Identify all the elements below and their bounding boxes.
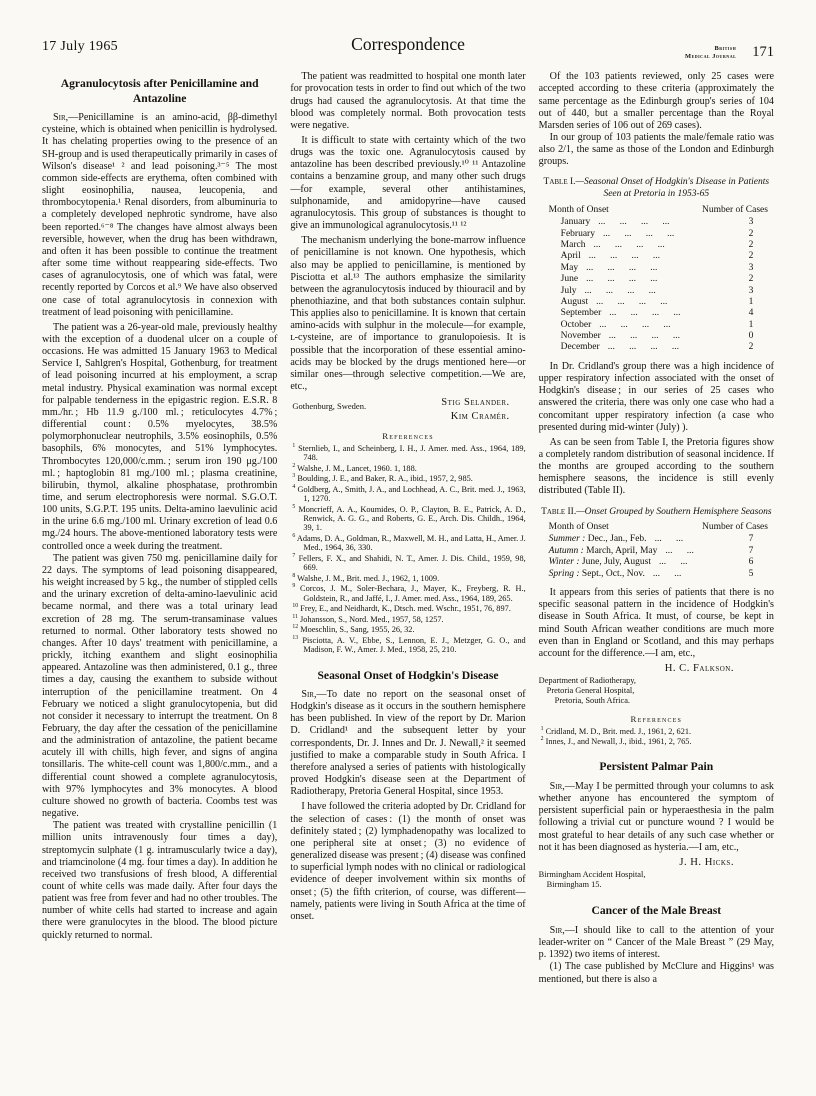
table1-month: March bbox=[549, 240, 586, 251]
table1-col1-header: Month of Onset bbox=[549, 205, 609, 215]
letter1-paragraph-7: The mechanism underlying the bone-marrow… bbox=[290, 235, 525, 393]
table-row: January... ... ... ...3 bbox=[549, 217, 768, 228]
table1-cases: 0 bbox=[734, 331, 768, 342]
table1-cases: 2 bbox=[734, 251, 768, 262]
reference-item: 7 Fellers, F. X., and Shahidi, N. T., Am… bbox=[292, 553, 525, 573]
reference-text: Sternlieb, I., and Scheinberg, I. H., J.… bbox=[298, 444, 526, 463]
table-row: September... ... ... ...4 bbox=[549, 308, 768, 319]
table2-caption-text: —Onset Grouped by Southern Hemisphere Se… bbox=[576, 507, 771, 517]
reference-item: 13 Pisciotta, A. V., Ebbe, S., Lennon, E… bbox=[292, 635, 525, 655]
reference-number: 9 bbox=[292, 583, 295, 589]
letter1-title: Agranulocytosis after Penicillamine and … bbox=[56, 77, 263, 106]
address-line: Pretoria, South Africa. bbox=[539, 696, 774, 706]
table2-season: Winter : bbox=[549, 557, 580, 568]
reference-text: Walshe, J. M., Lancet, 1960. 1, 188. bbox=[297, 464, 417, 473]
letter2-references-heading: References bbox=[539, 714, 774, 724]
dot-leader: ... ... ... ... bbox=[591, 320, 734, 331]
reference-number: 6 bbox=[292, 533, 295, 539]
letter4-paragraph-2: (1) The case published by McClure and Hi… bbox=[539, 961, 774, 985]
table2: Month of Onset Number of Cases Summer : … bbox=[549, 522, 768, 580]
reference-item: 2 Walshe, J. M., Lancet, 1960. 1, 188. bbox=[292, 463, 525, 473]
reference-text: Cridland, M. D., Brit. med. J., 1961, 2,… bbox=[546, 726, 691, 735]
table1-cases: 1 bbox=[734, 297, 768, 308]
letter1-paragraph-6: It is difficult to state with certainty … bbox=[290, 135, 525, 232]
table1-month: September bbox=[549, 308, 602, 319]
address-line: Birmingham Accident Hospital, bbox=[539, 870, 774, 880]
table2-col1-header: Month of Onset bbox=[549, 522, 609, 532]
reference-item: 8 Walshe, J. M., Brit. med. J., 1962, 1,… bbox=[292, 573, 525, 583]
reference-number: 1 bbox=[541, 726, 544, 732]
journal-name-line1: British bbox=[714, 45, 736, 52]
letter1-paragraph-3: The patient was given 750 mg. penicillam… bbox=[42, 553, 277, 820]
table2-season: Spring : bbox=[549, 569, 580, 580]
reference-number: 8 bbox=[292, 573, 295, 579]
reference-text: Moncrieff, A. A., Koumides, O. P., Clayt… bbox=[298, 504, 525, 532]
column-2: The patient was readmitted to hospital o… bbox=[290, 71, 525, 923]
table2-season: Autumn : bbox=[549, 546, 584, 557]
letter2-address: Department of Radiotherapy, Pretoria Gen… bbox=[539, 676, 774, 707]
salutation: Sir, bbox=[301, 689, 316, 700]
table1-month: May bbox=[549, 263, 578, 274]
reference-number: 5 bbox=[292, 504, 295, 510]
reference-number: 1 bbox=[292, 443, 295, 449]
table2-months: Dec., Jan., Feb. bbox=[588, 534, 647, 545]
table1-header: Month of Onset Number of Cases bbox=[549, 205, 768, 215]
table1-cases: 3 bbox=[734, 286, 768, 297]
reference-item: 6 Adams, D. A., Goldman, R., Maxwell, M.… bbox=[292, 533, 525, 553]
dot-leader: ... ... ... ... bbox=[601, 331, 734, 342]
table1-month: August bbox=[549, 297, 588, 308]
letter3-paragraph-1-text: —May I be permitted through your columns… bbox=[539, 781, 774, 853]
reference-number: 12 bbox=[292, 624, 298, 630]
table2-col2-header: Number of Cases bbox=[702, 522, 768, 532]
letter2-title: Seasonal Onset of Hodgkin's Disease bbox=[304, 669, 511, 683]
reference-text: Walshe, J. M., Brit. med. J., 1962, 1, 1… bbox=[297, 574, 439, 583]
table1-month: October bbox=[549, 320, 592, 331]
table1-cases: 2 bbox=[734, 274, 768, 285]
salutation: Sir, bbox=[550, 925, 565, 936]
letter1-paragraph-2: The patient was a 26-year-old male, prev… bbox=[42, 322, 277, 553]
letter1-paragraph-1: Sir,—Penicillamine is an amino-acid, ββ-… bbox=[42, 112, 277, 319]
reference-number: 11 bbox=[292, 614, 298, 620]
letter3-address: Birmingham Accident Hospital, Birmingham… bbox=[539, 870, 774, 891]
table2-cases: 6 bbox=[734, 557, 768, 568]
page-number: 171 bbox=[752, 44, 774, 61]
table1-month: February bbox=[549, 229, 595, 240]
table1-cases: 1 bbox=[734, 320, 768, 331]
journal-name: British Medical Journal bbox=[685, 45, 736, 60]
letter1-signature-place: Gothenburg, Sweden. bbox=[292, 396, 366, 411]
table2-cases: 7 bbox=[734, 534, 768, 545]
table1-cases: 2 bbox=[734, 240, 768, 251]
reference-text: Frey, E., and Neidhardt, K., Dtsch. med.… bbox=[300, 604, 511, 613]
table1-month: April bbox=[549, 251, 581, 262]
table2-caption: Table II.—Onset Grouped by Southern Hemi… bbox=[541, 507, 772, 519]
reference-item: 3 Boulding, J. E., and Baker, R. A., ibi… bbox=[292, 473, 525, 483]
table1-caption-text: —Seasonal Onset of Hodgkin's Disease in … bbox=[576, 177, 770, 199]
dot-leader: ... ... ... ... bbox=[581, 251, 734, 262]
reference-item: 10 Frey, E., and Neidhardt, K., Dtsch. m… bbox=[292, 603, 525, 613]
table1-month: November bbox=[549, 331, 601, 342]
reference-item: 11 Johansson, S., Nord. Med., 1957, 58, … bbox=[292, 614, 525, 624]
page-header: 17 July 1965 Correspondence British Medi… bbox=[0, 0, 816, 61]
table-row: April... ... ... ...2 bbox=[549, 251, 768, 262]
letter4-title: Cancer of the Male Breast bbox=[553, 904, 760, 918]
table-row: Autumn : March, April, May... ...7 bbox=[549, 546, 768, 557]
table2-cases: 7 bbox=[734, 546, 768, 557]
table-row: February... ... ... ...2 bbox=[549, 229, 768, 240]
letter2-paragraph-1: Sir,—To date no report on the seasonal o… bbox=[290, 689, 525, 798]
letter1-references-heading: References bbox=[290, 431, 525, 441]
dot-leader: ... ... ... ... bbox=[590, 217, 734, 228]
dot-leader: ... ... ... ... bbox=[578, 263, 734, 274]
letter4-paragraph-1: Sir,—I should like to call to the attent… bbox=[539, 925, 774, 961]
letter2-signature: H. C. Falkson. bbox=[539, 663, 774, 674]
dot-leader: ... ... ... ... bbox=[601, 308, 734, 319]
table2-caption-label: Table II. bbox=[541, 507, 576, 517]
dot-leader: ... ... bbox=[645, 569, 734, 580]
letter2-paragraph-1-text: —To date no report on the seasonal onset… bbox=[290, 689, 525, 797]
reference-text: Johansson, S., Nord. Med., 1957, 58, 125… bbox=[300, 615, 444, 624]
dot-leader: ... ... ... ... bbox=[600, 342, 734, 353]
table-row: Spring : Sept., Oct., Nov.... ...5 bbox=[549, 569, 768, 580]
reference-text: Fellers, F. X., and Shahidi, N. T., Amer… bbox=[299, 554, 526, 573]
table-row: November... ... ... ...0 bbox=[549, 331, 768, 342]
letter1-signature-names: Stig Selander. Kim Cramér. bbox=[441, 396, 521, 424]
three-column-layout: Agranulocytosis after Penicillamine and … bbox=[0, 61, 816, 985]
table-row: October... ... ... ...1 bbox=[549, 320, 768, 331]
table-row: December... ... ... ...2 bbox=[549, 342, 768, 353]
letter1-signature-block: Gothenburg, Sweden. Stig Selander. Kim C… bbox=[292, 396, 521, 424]
address-line: Pretoria General Hospital, bbox=[539, 686, 774, 696]
dot-leader: ... ... ... ... bbox=[577, 286, 734, 297]
reference-number: 13 bbox=[292, 635, 298, 641]
reference-number: 3 bbox=[292, 473, 295, 479]
letter1-signer-2: Kim Cramér. bbox=[451, 411, 510, 422]
table1-cases: 4 bbox=[734, 308, 768, 319]
dot-leader: ... ... ... ... bbox=[595, 229, 734, 240]
reference-number: 7 bbox=[292, 553, 295, 559]
dot-leader: ... ... ... ... bbox=[588, 297, 734, 308]
journal-name-line2: Medical Journal bbox=[685, 53, 736, 60]
table-row: June... ... ... ...2 bbox=[549, 274, 768, 285]
table1-cases: 3 bbox=[734, 217, 768, 228]
address-line: Department of Radiotherapy, bbox=[539, 676, 774, 686]
table-row: Winter : June, July, August... ...6 bbox=[549, 557, 768, 568]
reference-number: 10 bbox=[292, 603, 298, 609]
letter1-signer-1: Stig Selander. bbox=[441, 397, 509, 408]
table1-caption: Table I.—Seasonal Onset of Hodgkin's Dis… bbox=[541, 177, 772, 201]
letter1-paragraph-1-text: —Penicillamine is an amino-acid, ββ-dime… bbox=[42, 112, 277, 318]
header-right: British Medical Journal 171 bbox=[604, 44, 774, 61]
reference-item: 12 Moeschlin, S., Sang, 1955, 26, 32. bbox=[292, 624, 525, 634]
address-line: Birmingham 15. bbox=[539, 880, 774, 890]
issue-date: 17 July 1965 bbox=[42, 39, 212, 55]
table2-cases: 5 bbox=[734, 569, 768, 580]
journal-page: 17 July 1965 Correspondence British Medi… bbox=[0, 0, 816, 1096]
table-row: August... ... ... ...1 bbox=[549, 297, 768, 308]
table2-months: June, July, August bbox=[582, 557, 651, 568]
dot-leader: ... ... bbox=[657, 546, 734, 557]
dot-leader: ... ... ... ... bbox=[578, 274, 734, 285]
table-row: Summer : Dec., Jan., Feb.... ...7 bbox=[549, 534, 768, 545]
reference-text: Moeschlin, S., Sang, 1955, 26, 32. bbox=[300, 625, 414, 634]
letter1-paragraph-5: The patient was readmitted to hospital o… bbox=[290, 71, 525, 132]
reference-number: 4 bbox=[292, 484, 295, 490]
table1-caption-label: Table I. bbox=[544, 177, 576, 187]
reference-item: 1 Sternlieb, I., and Scheinberg, I. H., … bbox=[292, 443, 525, 463]
table1-cases: 3 bbox=[734, 263, 768, 274]
letter2-paragraph-4: In our group of 103 patients the male/fe… bbox=[539, 132, 774, 168]
reference-text: Goldberg, A., Smith, J. A., and Lochhead… bbox=[297, 484, 525, 503]
letter3-title: Persistent Palmar Pain bbox=[553, 760, 760, 774]
dot-leader: ... ... bbox=[651, 557, 734, 568]
reference-text: Corcos, J. M., Soler-Bechara, J., Mayer,… bbox=[300, 584, 526, 603]
letter1-references-list: 1 Sternlieb, I., and Scheinberg, I. H., … bbox=[290, 443, 525, 655]
table1-cases: 2 bbox=[734, 342, 768, 353]
reference-item: 9 Corcos, J. M., Soler-Bechara, J., Maye… bbox=[292, 583, 525, 603]
table-row: May... ... ... ...3 bbox=[549, 263, 768, 274]
letter3-signature: J. H. Hicks. bbox=[539, 857, 774, 868]
letter4-paragraph-1-text: —I should like to call to the attention … bbox=[539, 925, 774, 960]
reference-item: 4 Goldberg, A., Smith, J. A., and Lochhe… bbox=[292, 484, 525, 504]
reference-text: Pisciotta, A. V., Ebbe, S., Lennon, E. J… bbox=[302, 635, 525, 654]
column-1: Agranulocytosis after Penicillamine and … bbox=[42, 71, 277, 942]
table-row: March... ... ... ...2 bbox=[549, 240, 768, 251]
table2-months: March, April, May bbox=[586, 546, 657, 557]
reference-number: 2 bbox=[292, 463, 295, 469]
table1-col2-header: Number of Cases bbox=[702, 205, 768, 215]
letter2-paragraph-5: In Dr. Cridland's group there was a high… bbox=[539, 361, 774, 434]
dot-leader: ... ... ... ... bbox=[585, 240, 734, 251]
dot-leader: ... ... bbox=[647, 534, 734, 545]
reference-number: 2 bbox=[541, 736, 544, 742]
reference-text: Boulding, J. E., and Baker, R. A., ibid.… bbox=[297, 474, 473, 483]
letter2-paragraph-6: As can be seen from Table I, the Pretori… bbox=[539, 437, 774, 498]
table1: Month of Onset Number of Cases January..… bbox=[549, 205, 768, 354]
salutation: Sir, bbox=[53, 112, 68, 123]
table-row: July... ... ... ...3 bbox=[549, 286, 768, 297]
table1-cases: 2 bbox=[734, 229, 768, 240]
letter2-paragraph-3: Of the 103 patients reviewed, only 25 ca… bbox=[539, 71, 774, 132]
letter3-paragraph-1: Sir,—May I be permitted through your col… bbox=[539, 781, 774, 854]
column-3: Of the 103 patients reviewed, only 25 ca… bbox=[539, 71, 774, 985]
salutation: Sir, bbox=[550, 781, 565, 792]
letter1-paragraph-4: The patient was treated with crystalline… bbox=[42, 820, 277, 942]
section-title: Correspondence bbox=[212, 34, 604, 55]
reference-text: Innes, J., and Newall, J., ibid., 1961, … bbox=[546, 737, 692, 746]
table1-month: January bbox=[549, 217, 591, 228]
letter2-references-list: 1 Cridland, M. D., Brit. med. J., 1961, … bbox=[539, 726, 774, 747]
table2-months: Sept., Oct., Nov. bbox=[582, 569, 645, 580]
reference-item: 5 Moncrieff, A. A., Koumides, O. P., Cla… bbox=[292, 504, 525, 534]
letter2-paragraph-7: It appears from this series of patients … bbox=[539, 587, 774, 660]
reference-item: 1 Cridland, M. D., Brit. med. J., 1961, … bbox=[541, 726, 774, 736]
table2-header: Month of Onset Number of Cases bbox=[549, 522, 768, 532]
table1-month: June bbox=[549, 274, 578, 285]
reference-text: Adams, D. A., Goldman, R., Maxwell, M. H… bbox=[297, 534, 526, 553]
table1-month: December bbox=[549, 342, 600, 353]
reference-item: 2 Innes, J., and Newall, J., ibid., 1961… bbox=[541, 736, 774, 746]
table2-season: Summer : bbox=[549, 534, 586, 545]
table1-month: July bbox=[549, 286, 577, 297]
letter2-paragraph-2: I have followed the criteria adopted by … bbox=[290, 801, 525, 923]
